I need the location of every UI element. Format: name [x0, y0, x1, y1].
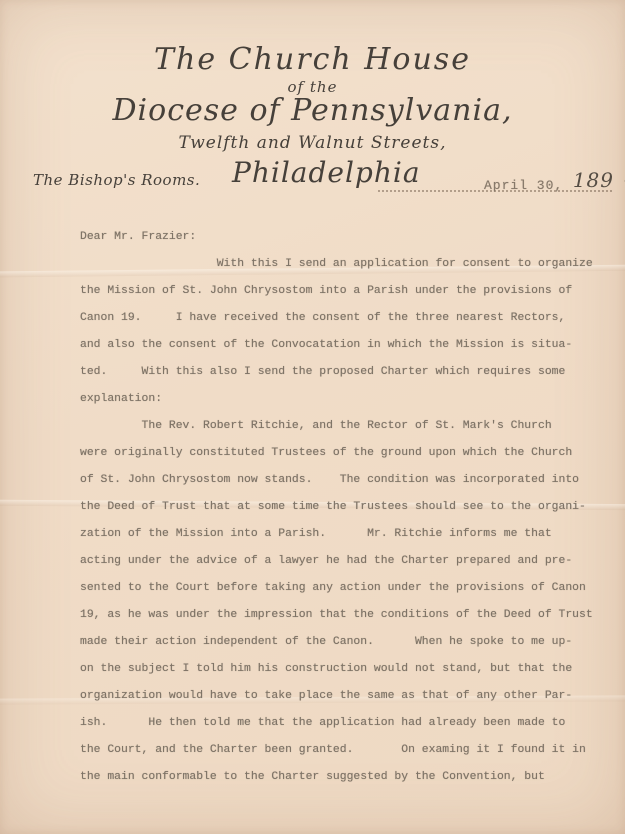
letterhead-address: Twelfth and Walnut Streets,: [0, 133, 625, 153]
letter-line: Canon 19. I have received the consent of…: [80, 305, 610, 332]
letter-line: were originally constituted Trustees of …: [80, 440, 610, 467]
letter-line: made their action independent of the Can…: [80, 629, 610, 656]
letterhead-title: The Church House: [0, 42, 625, 77]
letter-line: ted. With this also I send the proposed …: [80, 359, 610, 386]
letter-line: explanation:: [80, 386, 610, 413]
letter-line: The Rev. Robert Ritchie, and the Rector …: [80, 413, 610, 440]
date-year-printed: 189: [573, 168, 614, 192]
letter-line: 19, as he was under the impression that …: [80, 602, 610, 629]
letter-line: and also the consent of the Convocatatio…: [80, 332, 610, 359]
letter-line: zation of the Mission into a Parish. Mr.…: [80, 521, 610, 548]
letter-line: on the subject I told him his constructi…: [80, 656, 610, 683]
letterhead-office-label: The Bishop's Rooms.: [33, 171, 200, 189]
letterhead-organization: Diocese of Pennsylvania,: [0, 93, 625, 128]
salutation: Dear Mr. Frazier:: [80, 224, 610, 251]
letter-line: the main conformable to the Charter sugg…: [80, 764, 610, 791]
letter-page: The Church House of the Diocese of Penns…: [0, 0, 625, 834]
letter-line: of St. John Chrysostom now stands. The c…: [80, 467, 610, 494]
letter-line: ish. He then told me that the applicatio…: [80, 710, 610, 737]
date-line: April 30, 189 7.: [484, 170, 625, 194]
letter-line: acting under the advice of a lawyer he h…: [80, 548, 610, 575]
letter-line: sented to the Court before taking any ac…: [80, 575, 610, 602]
letter-line: the Court, and the Charter been granted.…: [80, 737, 610, 764]
letter-body: Dear Mr. Frazier: With this I send an ap…: [80, 224, 610, 791]
letter-line: the Deed of Trust that at some time the …: [80, 494, 610, 521]
letter-line: organization would have to take place th…: [80, 683, 610, 710]
letter-line: With this I send an application for cons…: [80, 251, 610, 278]
letter-line: the Mission of St. John Chrysostom into …: [80, 278, 610, 305]
date-month-day: April 30,: [484, 178, 563, 193]
